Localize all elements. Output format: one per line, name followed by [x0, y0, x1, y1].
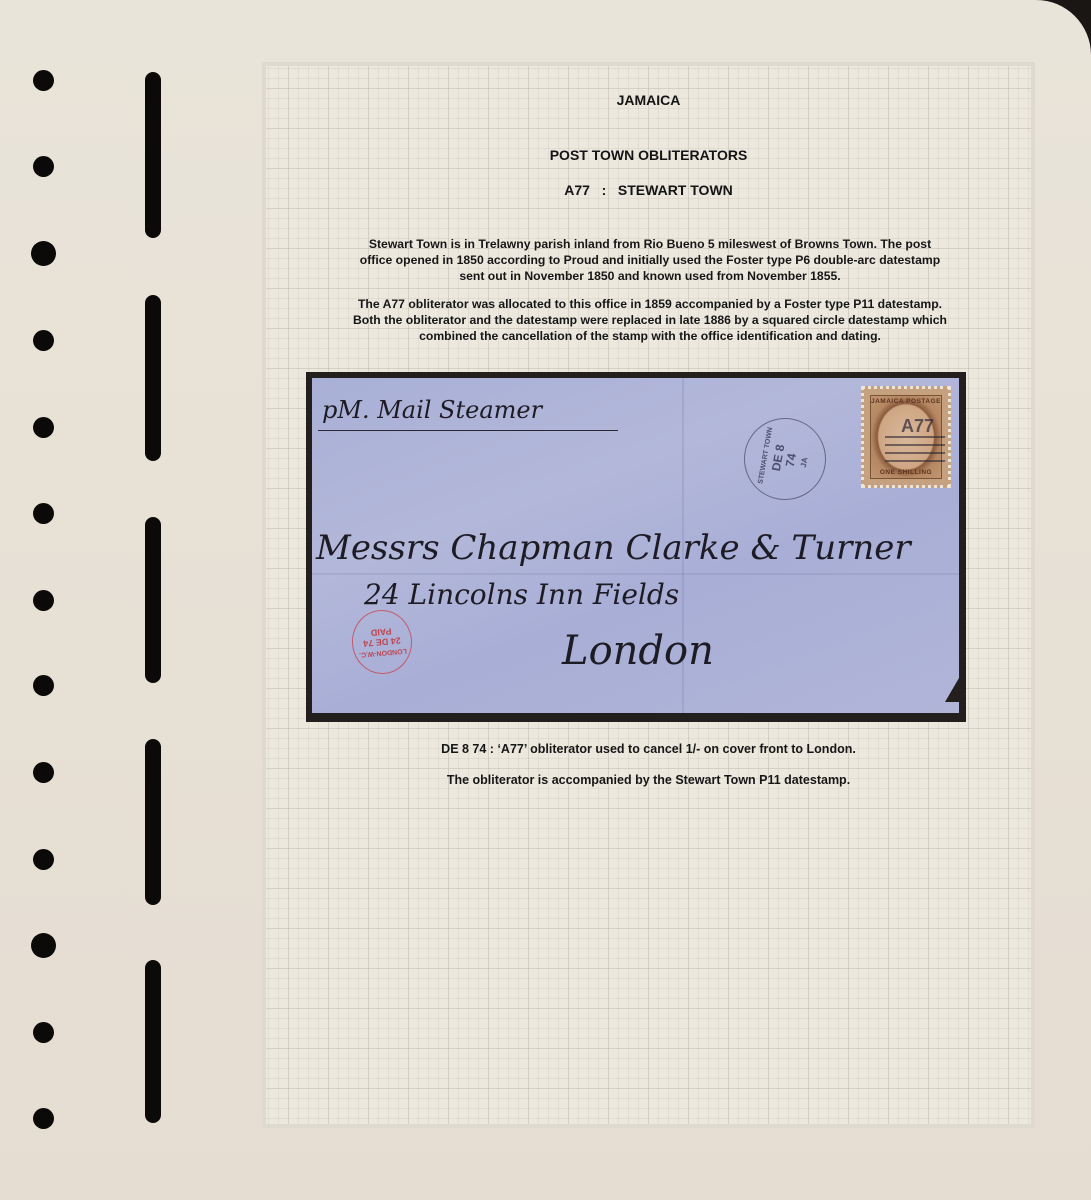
fold-line	[312, 573, 959, 575]
london-paid-cds: LONDON-W.C. 24 DE 74 PAID	[349, 608, 414, 677]
page-title: JAMAICA	[262, 92, 1035, 108]
stamp-top-label: JAMAICA POSTAGE	[871, 398, 941, 405]
london-cds-bottom: PAID	[370, 626, 392, 638]
text-line: office opened in 1850 according to Proud…	[310, 252, 990, 268]
binder-slot	[145, 295, 161, 461]
binder-slot	[145, 739, 161, 905]
binder-slot	[145, 72, 161, 238]
binder-hole	[33, 849, 54, 870]
cover-caption-note: The obliterator is accompanied by the St…	[262, 773, 1035, 787]
binder-hole	[33, 156, 54, 177]
binder-hole	[33, 762, 54, 783]
binder-hole	[33, 330, 54, 351]
binder-hole	[33, 70, 54, 91]
address-line-2: 24 Lincolns Inn Fields	[364, 578, 679, 611]
binder-hole	[33, 503, 54, 524]
binder-hole	[31, 241, 56, 266]
text-line: The A77 obliterator was allocated to thi…	[310, 296, 990, 312]
binder-slot	[145, 960, 161, 1123]
text-line: Stewart Town is in Trelawny parish inlan…	[310, 236, 990, 252]
section-heading: A77 : STEWART TOWN	[262, 182, 1035, 198]
binder-hole	[33, 1022, 54, 1043]
album-page: JAMAICA POST TOWN OBLITERATORS A77 : STE…	[0, 0, 1091, 1200]
postage-stamp: JAMAICA POSTAGE A77 ONE SHILLING	[861, 386, 951, 488]
address-line-1: Messrs Chapman Clarke & Turner	[316, 528, 911, 568]
binder-hole	[33, 590, 54, 611]
cover-tear	[945, 678, 959, 702]
binder-hole	[33, 417, 54, 438]
binder-hole	[31, 933, 56, 958]
endorsement-text: pM. Mail Steamer	[322, 396, 542, 424]
text-line: Both the obliterator and the datestamp w…	[310, 312, 990, 328]
stewart-town-datestamp: STEWART TOWN DE 8 74 JA	[738, 412, 833, 507]
text-line: combined the cancellation of the stamp w…	[310, 328, 990, 344]
datestamp-bottom: JA	[797, 456, 812, 468]
binder-slot	[145, 517, 161, 683]
obliterator-bars	[885, 436, 945, 468]
obliterator-code: A77	[564, 182, 590, 198]
obliterator-paragraph: The A77 obliterator was allocated to thi…	[310, 296, 990, 344]
binder-hole	[33, 1108, 54, 1129]
text-line: sent out in November 1850 and known used…	[310, 268, 990, 284]
intro-paragraph: Stewart Town is in Trelawny parish inlan…	[310, 236, 990, 284]
cover-caption: DE 8 74 : ‘A77’ obliterator used to canc…	[262, 742, 1035, 756]
obliterator-mark: A77	[901, 416, 934, 437]
address-line-3: London	[562, 628, 714, 674]
heading-separator: :	[602, 182, 607, 198]
page-subtitle: POST TOWN OBLITERATORS	[262, 147, 1035, 163]
stamp-bottom-label: ONE SHILLING	[871, 469, 941, 476]
cover-front: pM. Mail Steamer STEWART TOWN DE 8 74 JA…	[312, 378, 959, 713]
stamp-design: JAMAICA POSTAGE A77 ONE SHILLING	[870, 395, 942, 479]
endorsement-underline	[318, 430, 618, 431]
binder-hole	[33, 675, 54, 696]
town-name: STEWART TOWN	[618, 182, 733, 198]
